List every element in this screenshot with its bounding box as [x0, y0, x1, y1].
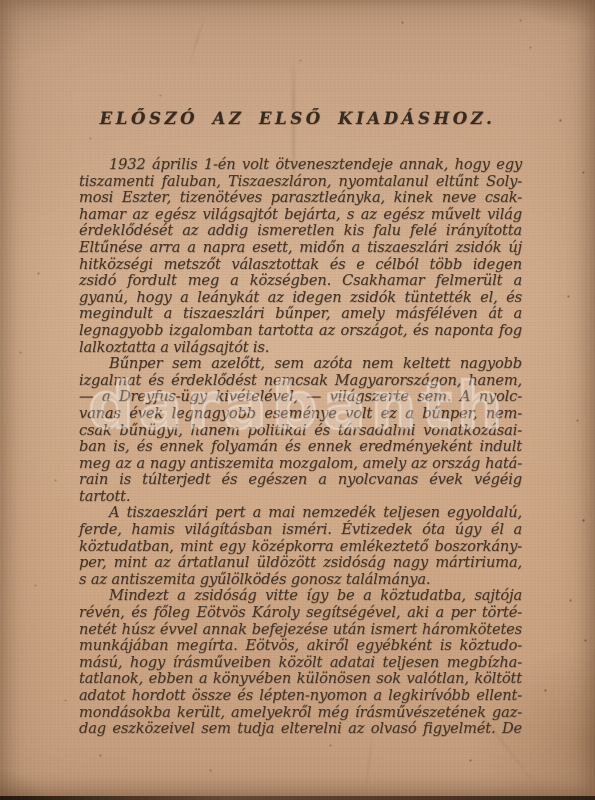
text-line: 1932 április 1-én volt ötvenesztendeje a…: [79, 157, 522, 174]
text-line: munkájában megírta. Eötvös, akiről egyéb…: [79, 638, 522, 655]
text-line: érdeklődését az addig ismeretlen kis fal…: [79, 223, 522, 240]
text-line: ferde, hamis világításban isméri. Évtize…: [79, 522, 522, 539]
text-line: per, mint az ártatlanul üldözött zsidósá…: [79, 555, 522, 572]
page-title: ELŐSZÓ AZ ELSŐ KIADÁSHOZ.: [0, 109, 595, 128]
text-line: adatot hordott össze és lépten-nyomon a …: [79, 688, 522, 705]
text-line: hitközségi metszőt választottak és e cél…: [79, 257, 522, 274]
text-line: meg az a nagy antiszemita mozgalom, amel…: [79, 456, 522, 473]
text-line: gyanú, hogy a leánykát az idegen zsidók …: [79, 290, 522, 307]
text-line: megindult a tiszaeszlári bűnper, amely m…: [79, 306, 522, 323]
text-line: dag eszközeivel sem tudja elterelni az o…: [79, 721, 522, 738]
text-line: révén, és főleg Eötvös Károly segítségév…: [79, 605, 522, 622]
text-line: lalkoztatta a világsajtót is.: [79, 340, 522, 357]
text-line: Eltűnése arra a napra esett, midőn a tis…: [79, 240, 522, 257]
text-line: netét húsz évvel annak befejezése után i…: [79, 622, 522, 639]
text-block: 1932 április 1-én volt ötvenesztendeje a…: [79, 157, 522, 738]
text-line: köztudatban, mint egy középkorra emlékez…: [79, 539, 522, 556]
text-line: csak bűnügyi, hanem politikai és társada…: [79, 423, 522, 440]
paper-scratch: [186, 9, 208, 70]
text-line: tiszamenti faluban, Tiszaeszláron, nyomt…: [79, 174, 522, 191]
book-page: ELŐSZÓ AZ ELSŐ KIADÁSHOZ. 1932 április 1…: [0, 0, 595, 800]
text-line: tartott.: [79, 489, 522, 506]
text-line: mosi Eszter, tizenötéves parasztleányka,…: [79, 190, 522, 207]
text-line: hamar az egész világsajtót bejárta, s az…: [79, 207, 522, 224]
paper-speckles: [0, 0, 1, 1]
text-line: mású, hogy írásműveiben közölt adatai te…: [79, 655, 522, 672]
text-line: vanas évek legnagyobb eseménye volt ez a…: [79, 406, 522, 423]
page-bottom-edge-shadow: [0, 796, 595, 800]
text-line: s az antiszemita gyűlölködés gonosz talá…: [79, 572, 522, 589]
text-line: mondásokba került, amelyekről még írásmű…: [79, 705, 522, 722]
text-line: zsidó fordult meg a községben. Csakhamar…: [79, 273, 522, 290]
text-line: Mindezt a zsidóság vitte így be a köztud…: [79, 588, 522, 605]
text-line: legnagyobb izgalomban tartotta az ország…: [79, 323, 522, 340]
text-line: tatlanok, ebben a könyvében különösen so…: [79, 671, 522, 688]
text-line: izgalmat és érdeklődést nemcsak Magyaror…: [79, 373, 522, 390]
text-line: A tiszaeszlári pert a mai nemzedék telje…: [79, 505, 522, 522]
text-line: rain is túlterjedt és egészen a nyolcvan…: [79, 472, 522, 489]
text-line: Bűnper sem azelőtt, sem azóta nem keltet…: [79, 356, 522, 373]
text-line: — a Dreyfus-ügy kivételével, — világszer…: [79, 389, 522, 406]
text-line: ban is, és ennek folyamán és ennek eredm…: [79, 439, 522, 456]
